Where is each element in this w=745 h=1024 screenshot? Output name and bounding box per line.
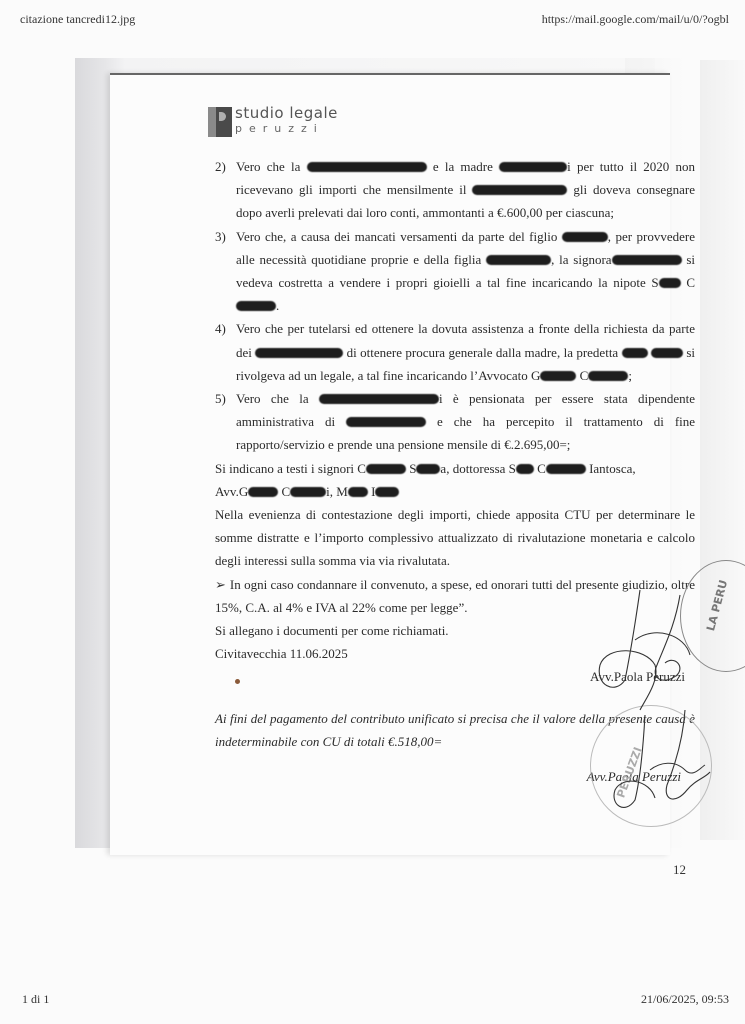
letterhead-line1: studio legale — [235, 104, 338, 122]
redaction — [236, 301, 276, 311]
redaction — [472, 185, 567, 195]
item-2: 2) Vero che la e la madre i per tutto il… — [215, 155, 695, 225]
redaction — [499, 162, 567, 172]
redaction — [622, 348, 648, 358]
item-number: 3) — [215, 225, 226, 248]
text: Iantosca, — [589, 461, 636, 476]
stamp-text: LA PERU — [704, 579, 730, 633]
text: C — [281, 484, 290, 499]
redaction — [348, 487, 368, 497]
print-header-url: https://mail.google.com/mail/u/0/?ogbl — [542, 12, 729, 27]
redaction — [540, 371, 576, 381]
redaction — [651, 348, 683, 358]
item-5: 5) Vero che la i è pensionata per essere… — [215, 387, 695, 457]
scan-speck — [235, 679, 240, 684]
handwritten-signature-1 — [585, 585, 695, 720]
text: C — [537, 461, 546, 476]
redaction — [375, 487, 399, 497]
redaction — [346, 417, 426, 427]
text: S — [409, 461, 416, 476]
ctu-paragraph: Nella evenienza di contestazione degli i… — [215, 503, 695, 573]
redaction — [366, 464, 406, 474]
text: , la signora — [551, 252, 611, 267]
text: e la madre — [433, 159, 493, 174]
text: C — [580, 368, 589, 383]
print-header-filename: citazione tancredi12.jpg — [20, 12, 135, 27]
item-number: 5) — [215, 387, 226, 410]
text: Vero che la — [236, 159, 300, 174]
text: di ottenere procura generale dalla madre… — [347, 345, 619, 360]
item-3: 3) Vero che, a causa dei mancati versame… — [215, 225, 695, 318]
redaction — [486, 255, 551, 265]
redaction — [612, 255, 682, 265]
print-footer-page-count: 1 di 1 — [22, 992, 49, 1007]
redaction — [588, 371, 628, 381]
text: ; — [628, 368, 632, 383]
text: C — [686, 275, 695, 290]
handwritten-signature-2 — [605, 710, 715, 820]
redaction — [307, 162, 427, 172]
redaction — [516, 464, 534, 474]
redaction — [290, 487, 326, 497]
print-footer-timestamp: 21/06/2025, 09:53 — [641, 992, 729, 1007]
text: Si indicano a testi i signori C — [215, 461, 366, 476]
arrow-bullet-icon: ➢ — [215, 577, 226, 592]
redaction — [416, 464, 440, 474]
redaction — [562, 232, 608, 242]
text: Vero che la — [236, 391, 309, 406]
redaction — [248, 487, 278, 497]
redaction — [546, 464, 586, 474]
item-number: 2) — [215, 155, 226, 178]
text: . — [276, 298, 279, 313]
page-number: 12 — [673, 862, 686, 878]
witnesses-paragraph: Si indicano a testi i signori C Sa, dott… — [215, 457, 695, 503]
text: Avv.G — [215, 484, 248, 499]
redaction — [255, 348, 343, 358]
text: Vero che, a causa dei mancati versamenti… — [236, 229, 557, 244]
p-logo-icon — [208, 107, 232, 137]
letterhead-line2: peruzzi — [235, 122, 324, 135]
item-4: 4) Vero che per tutelarsi ed ottenere la… — [215, 317, 695, 387]
item-number: 4) — [215, 317, 226, 340]
redaction — [319, 394, 439, 404]
text: a, dottoressa S — [440, 461, 515, 476]
redaction — [659, 278, 681, 288]
text: i, M — [326, 484, 348, 499]
letterhead-logo: studio legale peruzzi — [208, 107, 408, 139]
